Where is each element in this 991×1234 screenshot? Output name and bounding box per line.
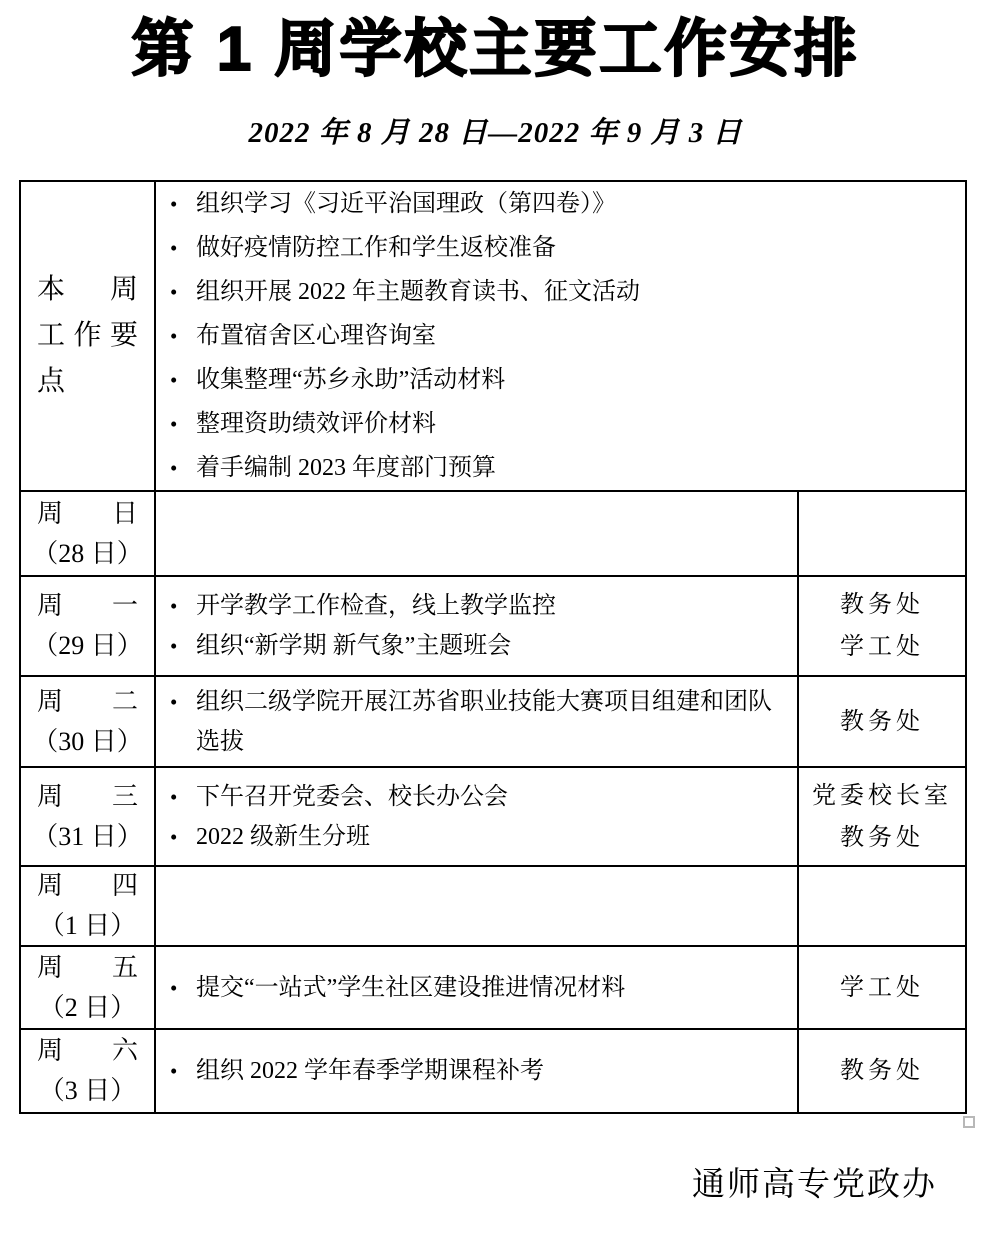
- day-cell: 周 日 （28 日）: [21, 492, 156, 577]
- task-list: • 组织 2022 学年春季学期课程补考: [168, 1051, 789, 1091]
- department-label: 教务处: [840, 701, 924, 743]
- task-text: 布置宿舍区心理咨询室: [196, 314, 957, 358]
- task-text: 组织二级学院开展江苏省职业技能大赛项目组建和团队选拔: [196, 682, 789, 762]
- bullet-icon: •: [168, 314, 196, 358]
- department-label: 教务处: [840, 1050, 924, 1092]
- department-label: 党委校长室: [812, 775, 952, 817]
- task-item: • 收集整理“苏乡永助”活动材料: [168, 358, 957, 402]
- task-item: • 组织 2022 学年春季学期课程补考: [168, 1051, 789, 1091]
- task-item: • 2022 级新生分班: [168, 817, 789, 857]
- weekly-focus-list: • 组织学习《习近平治国理政（第四卷）》 • 做好疫情防控工作和学生返校准备 •…: [168, 182, 957, 490]
- department-cell: [799, 867, 967, 947]
- task-item: • 组织二级学院开展江苏省职业技能大赛项目组建和团队选拔: [168, 682, 789, 762]
- task-text: 2022 级新生分班: [196, 817, 789, 857]
- day-name: 周 一: [21, 586, 154, 626]
- tasks-cell: • 组织 2022 学年春季学期课程补考: [156, 1030, 799, 1114]
- day-name: 周 五: [21, 948, 154, 988]
- day-name: 周 六: [21, 1031, 154, 1071]
- bullet-icon: •: [168, 586, 196, 626]
- bullet-icon: •: [168, 226, 196, 270]
- weekly-focus-label-cell: 本 周 工作要点: [21, 182, 156, 492]
- department-cell: 教务处学工处: [799, 577, 967, 677]
- task-text: 提交“一站式”学生社区建设推进情况材料: [196, 968, 789, 1008]
- bullet-icon: •: [168, 682, 196, 722]
- bullet-icon: •: [168, 626, 196, 666]
- date-range: 2022 年 8 月 28 日—2022 年 9 月 3 日: [0, 110, 991, 151]
- bullet-icon: •: [168, 402, 196, 446]
- task-text: 组织 2022 学年春季学期课程补考: [196, 1051, 789, 1091]
- department-label: 学工处: [840, 626, 924, 668]
- bullet-icon: •: [168, 446, 196, 490]
- tasks-cell: • 组织二级学院开展江苏省职业技能大赛项目组建和团队选拔: [156, 677, 799, 768]
- task-text: 组织开展 2022 年主题教育读书、征文活动: [196, 270, 957, 314]
- task-item: • 着手编制 2023 年度部门预算: [168, 446, 957, 490]
- task-item: • 下午召开党委会、校长办公会: [168, 777, 789, 817]
- weekly-focus-label-line1: 本 周: [21, 267, 154, 313]
- task-item: • 做好疫情防控工作和学生返校准备: [168, 226, 957, 270]
- tasks-cell: [156, 867, 799, 947]
- task-item: • 布置宿舍区心理咨询室: [168, 314, 957, 358]
- task-item: • 整理资助绩效评价材料: [168, 402, 957, 446]
- schedule-table: 本 周 工作要点 • 组织学习《习近平治国理政（第四卷）》 • 做好疫情防控工作…: [19, 180, 967, 1114]
- document-page: 第 1 周学校主要工作安排 2022 年 8 月 28 日—2022 年 9 月…: [0, 0, 991, 1234]
- task-text: 组织学习《习近平治国理政（第四卷）》: [196, 182, 957, 226]
- task-list: • 提交“一站式”学生社区建设推进情况材料: [168, 968, 789, 1008]
- department-cell: 学工处: [799, 947, 967, 1030]
- department-cell: 教务处: [799, 1030, 967, 1114]
- day-cell: 周 四 （1 日）: [21, 867, 156, 947]
- anchor-square-mark: [963, 1116, 975, 1128]
- day-cell: 周 一 （29 日）: [21, 577, 156, 677]
- task-text: 整理资助绩效评价材料: [196, 402, 957, 446]
- task-text: 收集整理“苏乡永助”活动材料: [196, 358, 957, 402]
- task-item: • 提交“一站式”学生社区建设推进情况材料: [168, 968, 789, 1008]
- day-name: 周 二: [21, 682, 154, 722]
- day-cell: 周 六 （3 日）: [21, 1030, 156, 1114]
- task-item: • 开学教学工作检查，线上教学监控: [168, 586, 789, 626]
- day-cell: 周 五 （2 日）: [21, 947, 156, 1030]
- task-item: • 组织学习《习近平治国理政（第四卷）》: [168, 182, 957, 226]
- task-list: • 组织二级学院开展江苏省职业技能大赛项目组建和团队选拔: [168, 682, 789, 762]
- day-date: （3 日）: [21, 1071, 154, 1111]
- day-cell: 周 二 （30 日）: [21, 677, 156, 768]
- weekly-focus-items-cell: • 组织学习《习近平治国理政（第四卷）》 • 做好疫情防控工作和学生返校准备 •…: [156, 182, 967, 492]
- department-cell: 党委校长室教务处: [799, 768, 967, 867]
- bullet-icon: •: [168, 968, 196, 1008]
- signature: 通师高专党政办: [692, 1158, 937, 1205]
- bullet-icon: •: [168, 1051, 196, 1091]
- task-text: 组织“新学期 新气象”主题班会: [196, 626, 789, 666]
- department-label: 教务处: [840, 584, 924, 626]
- department-label: 学工处: [840, 967, 924, 1009]
- task-text: 下午召开党委会、校长办公会: [196, 777, 789, 817]
- tasks-cell: • 开学教学工作检查，线上教学监控 • 组织“新学期 新气象”主题班会: [156, 577, 799, 677]
- department-cell: 教务处: [799, 677, 967, 768]
- bullet-icon: •: [168, 777, 196, 817]
- task-item: • 组织开展 2022 年主题教育读书、征文活动: [168, 270, 957, 314]
- task-text: 着手编制 2023 年度部门预算: [196, 446, 957, 490]
- day-date: （28 日）: [21, 534, 154, 574]
- day-cell: 周 三 （31 日）: [21, 768, 156, 867]
- bullet-icon: •: [168, 270, 196, 314]
- task-list: • 开学教学工作检查，线上教学监控 • 组织“新学期 新气象”主题班会: [168, 586, 789, 666]
- department-label: 教务处: [840, 817, 924, 859]
- day-date: （29 日）: [21, 626, 154, 666]
- tasks-cell: [156, 492, 799, 577]
- day-date: （30 日）: [21, 722, 154, 762]
- bullet-icon: •: [168, 358, 196, 402]
- weekly-focus-label-line2: 工作要点: [21, 313, 154, 405]
- day-name: 周 日: [21, 494, 154, 534]
- task-text: 开学教学工作检查，线上教学监控: [196, 586, 789, 626]
- department-cell: [799, 492, 967, 577]
- day-name: 周 三: [21, 777, 154, 817]
- task-list: • 下午召开党委会、校长办公会 • 2022 级新生分班: [168, 777, 789, 857]
- day-date: （2 日）: [21, 988, 154, 1028]
- tasks-cell: • 提交“一站式”学生社区建设推进情况材料: [156, 947, 799, 1030]
- bullet-icon: •: [168, 182, 196, 226]
- page-title: 第 1 周学校主要工作安排: [0, 0, 991, 84]
- tasks-cell: • 下午召开党委会、校长办公会 • 2022 级新生分班: [156, 768, 799, 867]
- task-text: 做好疫情防控工作和学生返校准备: [196, 226, 957, 270]
- task-item: • 组织“新学期 新气象”主题班会: [168, 626, 789, 666]
- day-name: 周 四: [21, 866, 154, 906]
- day-date: （31 日）: [21, 817, 154, 857]
- bullet-icon: •: [168, 817, 196, 857]
- day-date: （1 日）: [21, 906, 154, 946]
